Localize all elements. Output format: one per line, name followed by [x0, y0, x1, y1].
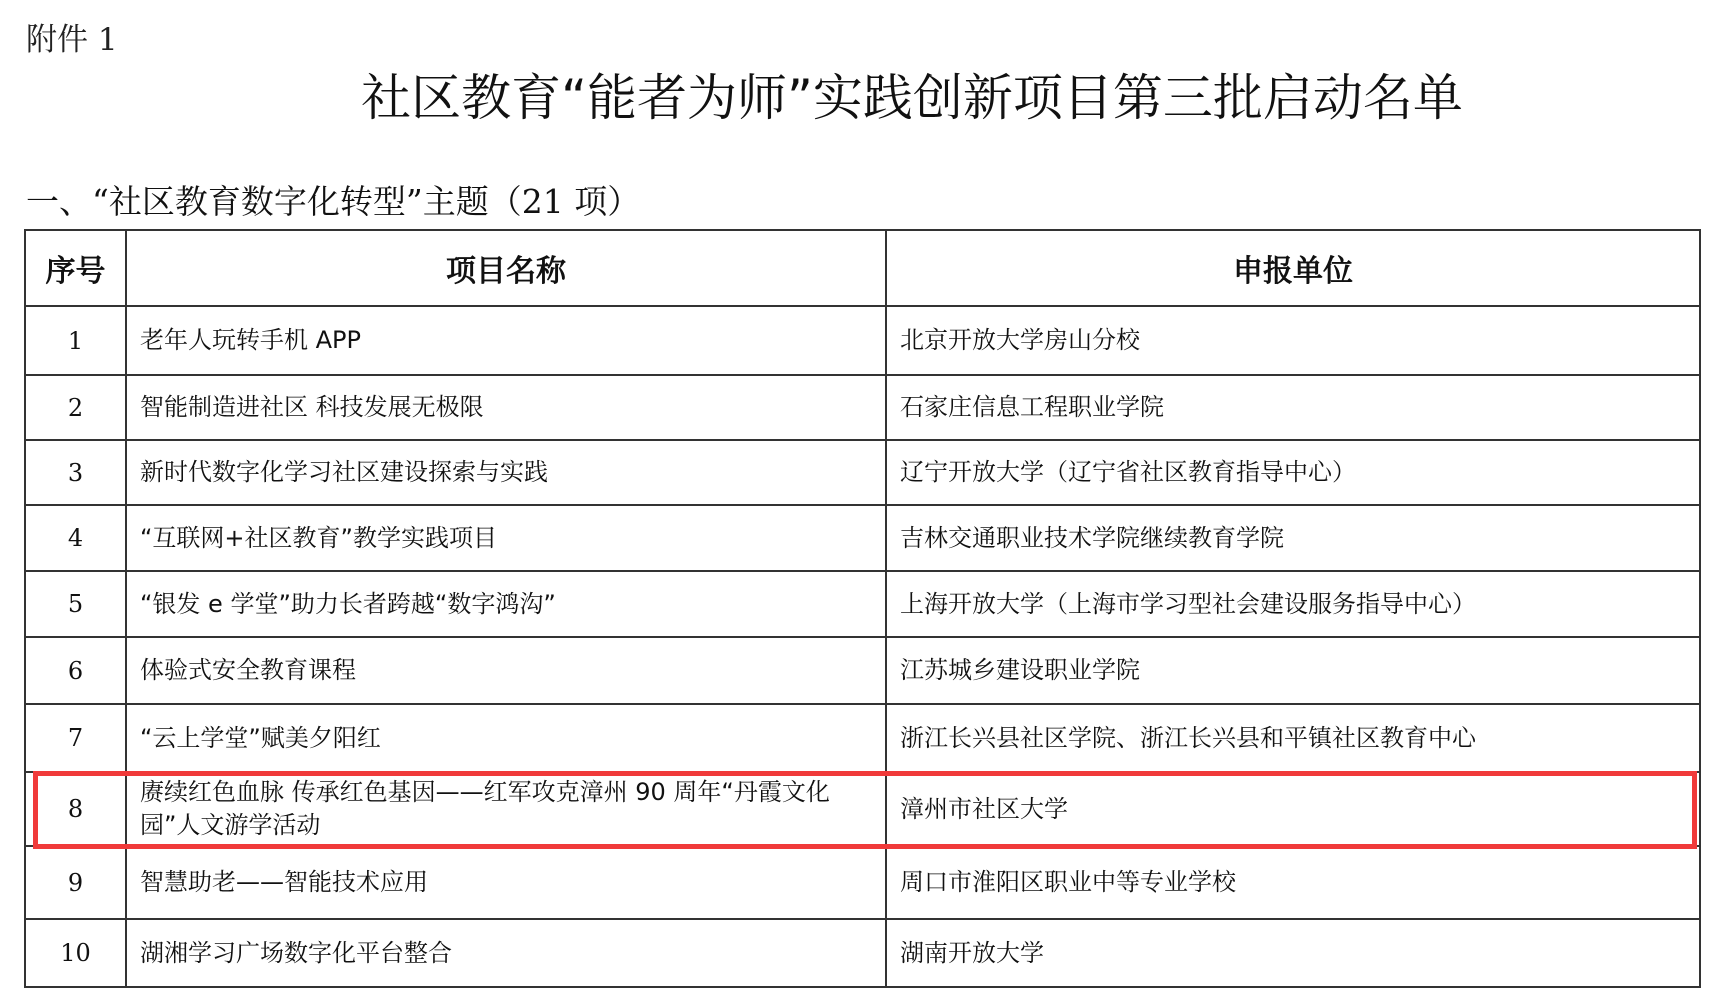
- project-name: 老年人玩转手机 APP: [126, 306, 886, 375]
- row-number: 7: [25, 704, 126, 772]
- attachment-label: 附件 1: [26, 14, 118, 59]
- document-title: 社区教育“能者为师”实践创新项目第三批启动名单: [0, 58, 1719, 130]
- project-name: “云上学堂”赋美夕阳红: [126, 704, 886, 772]
- applicant-unit: 漳州市社区大学: [886, 772, 1700, 846]
- row-number: 3: [25, 440, 126, 505]
- table-row: 1 老年人玩转手机 APP 北京开放大学房山分校: [25, 306, 1700, 375]
- project-name: 新时代数字化学习社区建设探索与实践: [126, 440, 886, 505]
- header-applicant-unit: 申报单位: [886, 230, 1700, 306]
- row-number: 10: [25, 919, 126, 987]
- project-name: 智慧助老——智能技术应用: [126, 846, 886, 919]
- row-number: 1: [25, 306, 126, 375]
- row-number: 5: [25, 571, 126, 637]
- table-row: 4 “互联网+社区教育”教学实践项目 吉林交通职业技术学院继续教育学院: [25, 505, 1700, 571]
- table-row-highlighted: 8 赓续红色血脉 传承红色基因——红军攻克漳州 90 周年“丹霞文化园”人文游学…: [25, 772, 1700, 846]
- applicant-unit: 辽宁开放大学（辽宁省社区教育指导中心）: [886, 440, 1700, 505]
- header-project-name: 项目名称: [126, 230, 886, 306]
- row-number: 2: [25, 375, 126, 440]
- table-row: 6 体验式安全教育课程 江苏城乡建设职业学院: [25, 637, 1700, 704]
- row-number: 9: [25, 846, 126, 919]
- applicant-unit: 石家庄信息工程职业学院: [886, 375, 1700, 440]
- project-name: 体验式安全教育课程: [126, 637, 886, 704]
- table-header-row: 序号 项目名称 申报单位: [25, 230, 1700, 306]
- applicant-unit: 浙江长兴县社区学院、浙江长兴县和平镇社区教育中心: [886, 704, 1700, 772]
- table-row: 7 “云上学堂”赋美夕阳红 浙江长兴县社区学院、浙江长兴县和平镇社区教育中心: [25, 704, 1700, 772]
- row-number: 6: [25, 637, 126, 704]
- applicant-unit: 北京开放大学房山分校: [886, 306, 1700, 375]
- table-row: 5 “银发 e 学堂”助力长者跨越“数字鸿沟” 上海开放大学（上海市学习型社会建…: [25, 571, 1700, 637]
- applicant-unit: 吉林交通职业技术学院继续教育学院: [886, 505, 1700, 571]
- project-name: 赓续红色血脉 传承红色基因——红军攻克漳州 90 周年“丹霞文化园”人文游学活动: [126, 772, 886, 846]
- project-name: 智能制造进社区 科技发展无极限: [126, 375, 886, 440]
- table-row: 10 湖湘学习广场数字化平台整合 湖南开放大学: [25, 919, 1700, 987]
- project-name: 湖湘学习广场数字化平台整合: [126, 919, 886, 987]
- row-number: 4: [25, 505, 126, 571]
- table-row: 2 智能制造进社区 科技发展无极限 石家庄信息工程职业学院: [25, 375, 1700, 440]
- applicant-unit: 湖南开放大学: [886, 919, 1700, 987]
- header-serial-number: 序号: [25, 230, 126, 306]
- section-heading: 一、“社区教育数字化转型”主题（21 项）: [26, 176, 640, 223]
- project-list-table: 序号 项目名称 申报单位 1 老年人玩转手机 APP 北京开放大学房山分校 2 …: [24, 229, 1701, 988]
- applicant-unit: 江苏城乡建设职业学院: [886, 637, 1700, 704]
- table-row: 3 新时代数字化学习社区建设探索与实践 辽宁开放大学（辽宁省社区教育指导中心）: [25, 440, 1700, 505]
- project-name: “互联网+社区教育”教学实践项目: [126, 505, 886, 571]
- row-number: 8: [25, 772, 126, 846]
- table-row: 9 智慧助老——智能技术应用 周口市淮阳区职业中等专业学校: [25, 846, 1700, 919]
- applicant-unit: 周口市淮阳区职业中等专业学校: [886, 846, 1700, 919]
- applicant-unit: 上海开放大学（上海市学习型社会建设服务指导中心）: [886, 571, 1700, 637]
- project-name: “银发 e 学堂”助力长者跨越“数字鸿沟”: [126, 571, 886, 637]
